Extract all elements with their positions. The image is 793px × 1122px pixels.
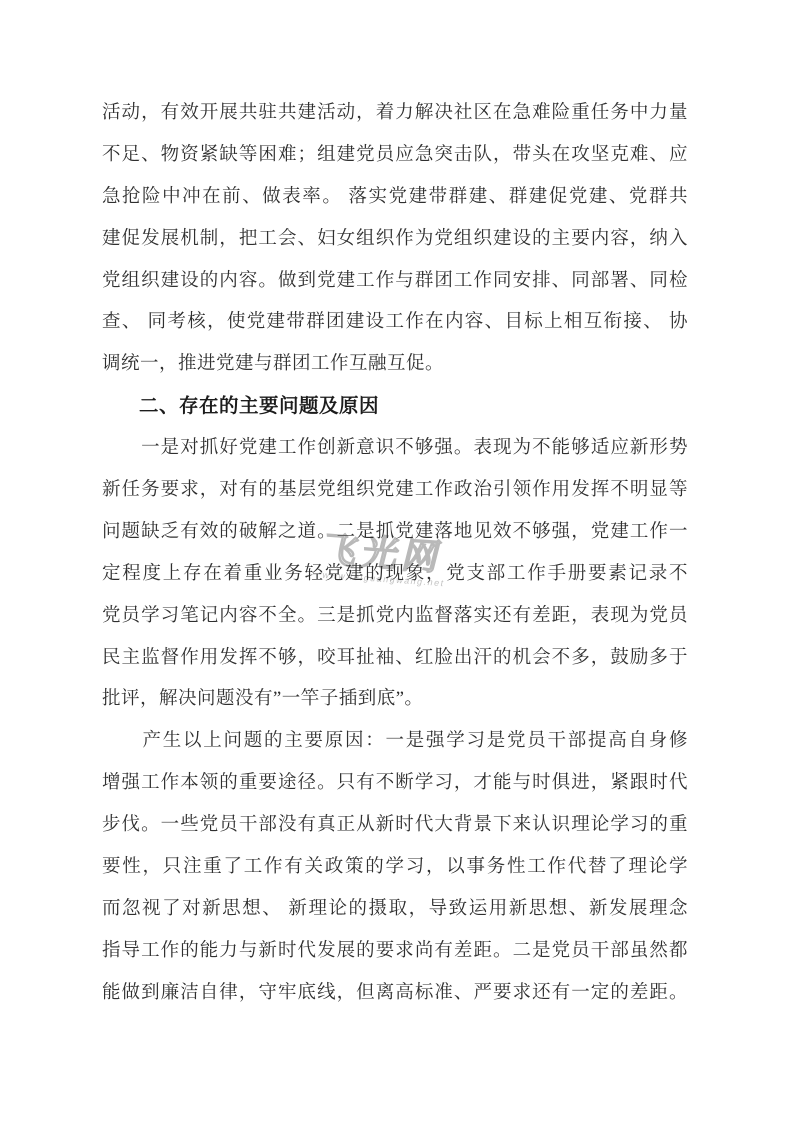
text-line: 查、 同考核，使党建带群团建设工作在内容、目标上相互衔接、 协 xyxy=(102,302,688,344)
text-line: 不足、物资紧缺等困难；组建党员应急突击队，带头在攻坚克难、应 xyxy=(102,135,688,177)
text-line: 调统一，推进党建与群团工作互融互促。 xyxy=(102,344,688,386)
text-line: 产生以上问题的主要原因：一是强学习是党员干部提高自身修养、 xyxy=(102,721,688,763)
text-line: 问题缺乏有效的破解之道。二是抓党建落地见效不够强，党建工作一 xyxy=(102,512,688,554)
text-line: 一是对抓好党建工作创新意识不够强。表现为不能够适应新形势 xyxy=(102,428,688,470)
text-line: 而忽视了对新思想、 新理论的摄取，导致运用新思想、新发展理念 xyxy=(102,889,688,931)
text-line: 急抢险中冲在前、做表率。 落实党建带群建、群建促党建、党群共 xyxy=(102,177,688,219)
text-line: 步伐。一些党员干部没有真正从新时代大背景下来认识理论学习的重 xyxy=(102,805,688,847)
text-line: 民主监督作用发挥不够，咬耳扯袖、红脸出汗的机会不多，鼓励多于 xyxy=(102,638,688,680)
text-line: 活动，有效开展共驻共建活动，着力解决社区在急难险重任务中力量 xyxy=(102,93,688,135)
text-line: 能做到廉洁自律，守牢底线，但离高标准、严要求还有一定的差距。 xyxy=(102,973,688,1015)
section-heading: 二、存在的主要问题及原因 xyxy=(102,386,688,428)
text-line: 党员学习笔记内容不全。三是抓党内监督落实还有差距，表现为党员 xyxy=(102,596,688,638)
text-line: 党组织建设的内容。做到党建工作与群团工作同安排、同部署、同检 xyxy=(102,261,688,303)
text-line: 定程度上存在着重业务轻党建的现象，党支部工作手册要素记录不细、 xyxy=(102,554,688,596)
text-line: 建促发展机制，把工会、妇女组织作为党组织建设的主要内容，纳入 xyxy=(102,219,688,261)
text-line: 新任务要求，对有的基层党组织党建工作政治引领作用发挥不明显等 xyxy=(102,470,688,512)
text-line: 指导工作的能力与新时代发展的要求尚有差距。二是党员干部虽然都 xyxy=(102,931,688,973)
text-line: 增强工作本领的重要途径。只有不断学习，才能与时俱进，紧跟时代 xyxy=(102,763,688,805)
document-content: 活动，有效开展共驻共建活动，着力解决社区在急难险重任务中力量不足、物资紧缺等困难… xyxy=(102,93,688,1015)
text-line: 要性，只注重了工作有关政策的学习，以事务性工作代替了理论学习， xyxy=(102,847,688,889)
text-line: 批评，解决问题没有”一竿子插到底”。 xyxy=(102,679,688,721)
document-page: 飞光网 www.feiguangwang.net 活动，有效开展共驻共建活动，着… xyxy=(0,0,793,1122)
